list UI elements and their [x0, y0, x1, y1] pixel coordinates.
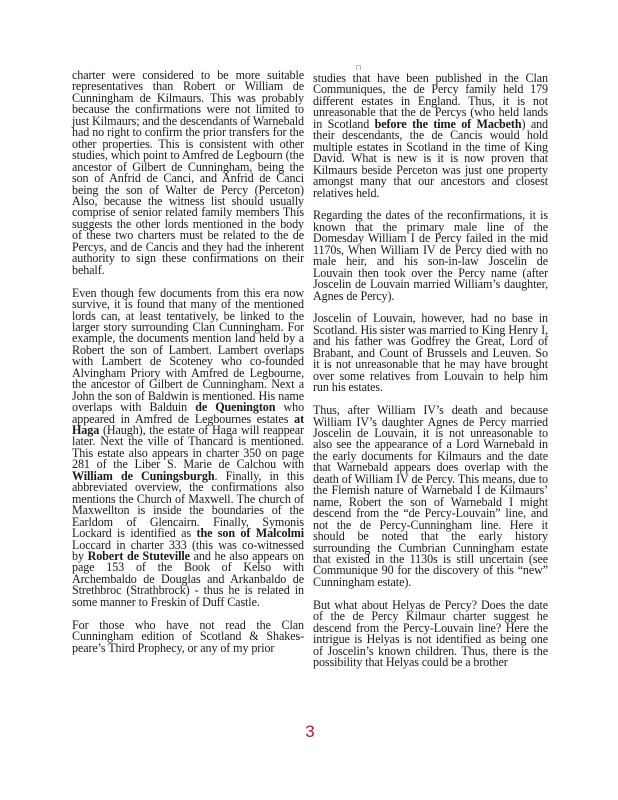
text-run: Thus, after William IV’s death and becau…: [313, 403, 548, 589]
paragraph: Even though few documents from this era …: [72, 288, 304, 609]
text-run: Even though few documents from this era …: [72, 286, 304, 415]
paragraph: For those who have not read the Clan Cun…: [72, 620, 304, 654]
paragraph: Joscelin of Louvain, however, had no bas…: [313, 313, 548, 393]
text-run: But what about Helyas de Percy? Does the…: [313, 598, 548, 669]
cursor-mark: [356, 65, 361, 70]
text-run: Joscelin of Louvain, however, had no bas…: [313, 311, 548, 394]
text-run: (Haugh), the estate of Haga will reappea…: [72, 423, 304, 471]
text-run: charter were considered to be more suita…: [72, 68, 304, 277]
paragraph: charter were considered to be more suita…: [72, 70, 304, 276]
right-column: studies that have been published in the …: [313, 73, 548, 680]
left-column: charter were considered to be more suita…: [72, 70, 304, 666]
text-run: ) and their descendants, the de Cancis w…: [313, 117, 548, 200]
paragraph: Regarding the dates of the reconfirmatio…: [313, 210, 548, 302]
paragraph: But what about Helyas de Percy? Does the…: [313, 600, 548, 669]
document-page: charter were considered to be more suita…: [0, 0, 618, 800]
text-run: Regarding the dates of the reconfirmatio…: [313, 208, 548, 302]
paragraph: Thus, after William IV’s death and becau…: [313, 405, 548, 588]
page-number: 3: [300, 722, 320, 742]
text-run: For those who have not read the Clan Cun…: [72, 618, 304, 655]
paragraph: studies that have been published in the …: [313, 73, 548, 199]
